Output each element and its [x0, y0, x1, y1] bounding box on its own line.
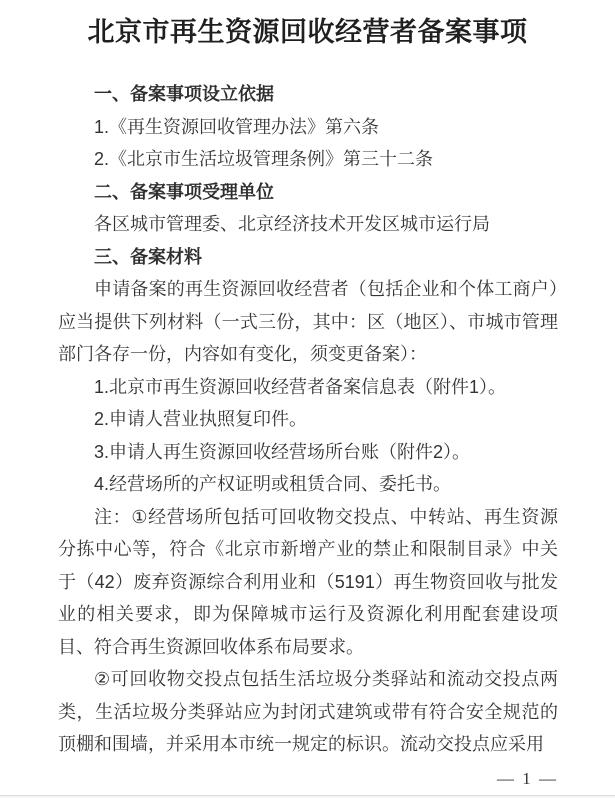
paragraph-materials-intro: 申请备案的再生资源回收经营者（包括企业和个体工商户）应当提供下列材料（一式三份，…	[58, 273, 558, 371]
paragraph-material-item-1: 1.北京市再生资源回收经营者备案信息表（附件1）。	[58, 371, 558, 404]
paragraph-material-item-2: 2.申请人营业执照复印件。	[58, 403, 558, 436]
section-heading-materials: 三、备案材料	[58, 241, 558, 274]
paragraph-basis-item-2: 2.《北京市生活垃圾管理条例》第三十二条	[58, 143, 558, 176]
section-heading-accepting-unit: 二、备案事项受理单位	[58, 176, 558, 209]
paragraph-note-1: 注：①经营场所包括可回收物交投点、中转站、再生资源分拣中心等，符合《北京市新增产…	[58, 501, 558, 664]
paragraph-accepting-unit: 各区城市管理委、北京经济技术开发区城市运行局	[58, 208, 558, 241]
paragraph-note-2: ②可回收物交投点包括生活垃圾分类驿站和流动交投点两类，生活垃圾分类驿站应为封闭式…	[58, 663, 558, 761]
paragraph-material-item-3: 3.申请人再生资源回收经营场所台账（附件2）。	[58, 436, 558, 469]
page-title: 北京市再生资源回收经营者备案事项	[20, 14, 595, 50]
paragraph-basis-item-1: 1.《再生资源回收管理办法》第六条	[58, 111, 558, 144]
document-body: 一、备案事项设立依据 1.《再生资源回收管理办法》第六条 2.《北京市生活垃圾管…	[58, 78, 558, 761]
section-heading-basis: 一、备案事项设立依据	[58, 78, 558, 111]
paragraph-material-item-4: 4.经营场所的产权证明或租赁合同、委托书。	[58, 468, 558, 501]
page-number: — 1 —	[497, 770, 558, 788]
document-page: 北京市再生资源回收经营者备案事项 一、备案事项设立依据 1.《再生资源回收管理办…	[0, 0, 615, 798]
